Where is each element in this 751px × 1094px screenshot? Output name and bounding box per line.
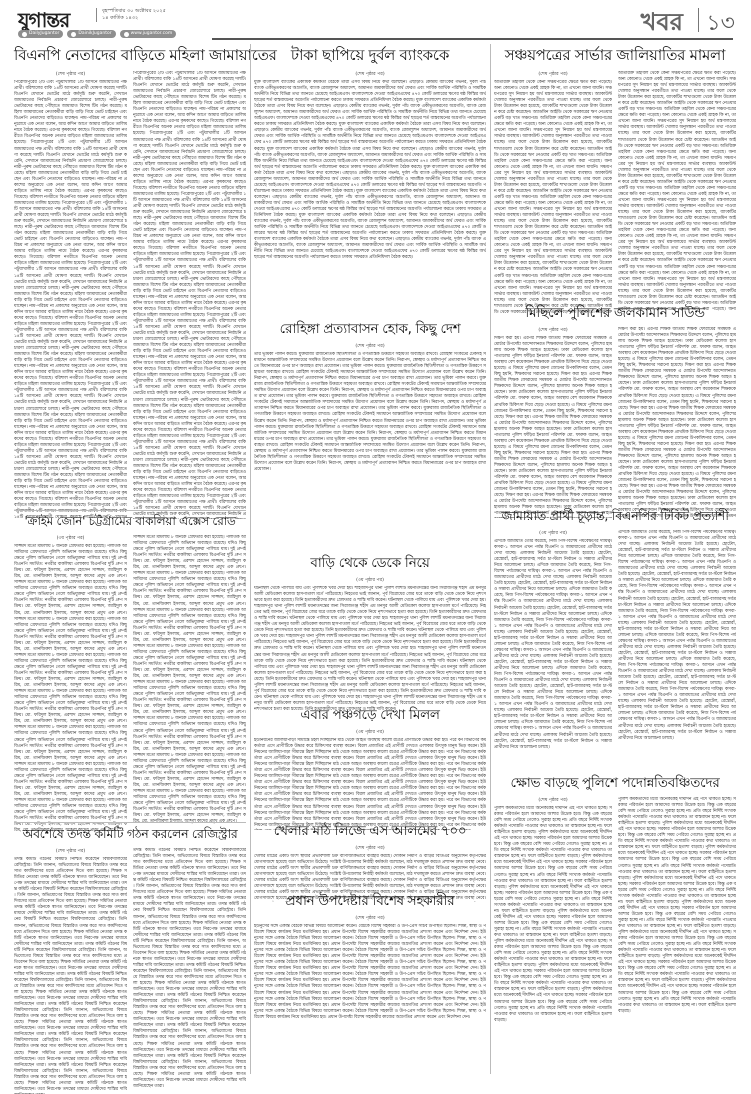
headline: এবার পঞ্চগড়ে দেখা মিলল: [254, 704, 486, 727]
headline: প্রধান উপদেষ্টার বিশেষ সহকারীর: [254, 890, 486, 913]
article-body-continued: অতিরিক্ত তহবিল থেকে কেনা সঞ্চয়পত্রের ক্…: [618, 71, 736, 313]
page-number: ১৩: [706, 6, 735, 43]
article-chief-adviser-special-assistant: প্রধান উপদেষ্টার বিশেষ সহকারীর (শেষ পৃষ্…: [254, 890, 486, 1092]
article-body-continued: সাজ্জাদ মতো মামলায় ৮ জনকে গ্রেফতার করা …: [133, 535, 246, 835]
headline: বিএনপি নেতাদের বাড়িতে মহিলা জামায়াতের: [14, 44, 246, 69]
continuation-note: (শেষ পৃষ্ঠার পর): [494, 796, 612, 804]
headline: খেলার মাঠ লিজে এস আলমের ৭০০: [254, 820, 486, 843]
article-body-continued: পুলিশ কর্মকর্তাদের মধ্যে অনেককেই দীর্ঘদি…: [618, 797, 736, 1091]
social-link-website[interactable]: www.jugantor.com: [120, 30, 177, 38]
facebook-icon: [71, 32, 76, 37]
article-registrar-committee: অবশেষে তদন্ত কমিটি গঠন করলেন রেজিস্ট্রার…: [14, 826, 246, 1094]
social-link-facebook[interactable]: DainikJugantor: [67, 30, 115, 38]
continuation-note: (শেষ পৃষ্ঠার পর): [254, 844, 486, 852]
globe-icon: [124, 32, 129, 37]
article-body-continued: দিক্ষণ করা হয়। এরপর শিক্ষক জাতীয় শিক্ষ…: [618, 327, 736, 517]
article-body: তার ভূমিকা পালন করবে। যুক্তরাজ্য রাজনৈতি…: [254, 352, 486, 560]
date-bengali: ১৪ কার্তিক ১৪৩২: [102, 15, 166, 22]
divider: [14, 510, 246, 511]
page-number-divider: [698, 8, 699, 32]
article-body-continued: তদন্ত কমিটি গঠনের বিষয়টি নিশ্চিত করেছেন…: [133, 848, 246, 1094]
headline: অবশেষে তদন্ত কমিটি গঠন করলেন রেজিস্ট্রার: [14, 826, 246, 846]
article-bank-printing: টাকা ছাপিয়ে দুর্বল ব্যাংককে (শেষ পৃষ্ঠা…: [254, 44, 486, 332]
headline: সঞ্চয়পত্রের সার্ভার জালিয়াতির মামলা: [494, 44, 736, 69]
headline: 'ক্রাইম জোন' চট্টগ্রামের বাকলিয়া এক্সেস…: [14, 513, 246, 533]
column-divider: [490, 44, 491, 1074]
section-label: খবর: [641, 4, 683, 44]
divider: [14, 822, 246, 823]
headline: মিছিলে পুলিশের জলকামান সাউন্ড: [494, 302, 736, 325]
continuation-note: (৩য় পৃষ্ঠার পর): [14, 534, 127, 542]
continuation-note: (শেষ পৃষ্ঠার পর): [254, 914, 486, 922]
social-links: DailyJugantor DainikJugantor www.juganto…: [18, 30, 176, 38]
continuation-note: (৩য় পৃষ্ঠার পর): [254, 576, 486, 584]
continuation-note: (শেষ পৃষ্ঠার পর): [254, 342, 486, 350]
masthead: যুগান্তর বৃহস্পতিবার ৩০ অক্টোবর ২০২৫ ১৪ …: [0, 0, 751, 40]
continuation-note: (৩য় পৃষ্ঠার পর): [254, 728, 486, 736]
continuation-note: (শেষ পৃষ্ঠার পর): [254, 70, 486, 78]
article-jamaat-candidate-final: জামায়াত প্রার্থী চূড়ান্ত, বিএনপির টিকি…: [494, 508, 736, 771]
article-body: অতিরিক্ত তহবিল থেকে কেনা সঞ্চয়পত্রের ক্…: [494, 80, 612, 314]
continuation-note: (৩য় পৃষ্ঠার পর): [494, 529, 612, 537]
continuation-note: (শেষ পৃষ্ঠার পর): [494, 326, 612, 334]
headline: ক্ষোভ বাড়ছে পুলিশে পদোন্নতিবঞ্চিতদের: [494, 772, 736, 795]
continuation-note: (শেষ পৃষ্ঠার পর): [494, 70, 612, 78]
article-rohingya-repatriation: রোহিঙ্গা প্রত্যাবাসন হোক, কিছু দেশ (শেষ …: [254, 318, 486, 560]
column-divider: [250, 44, 251, 1074]
article-body: দিক্ষণ করা হয়। এরপর শিক্ষক জাতীয় শিক্ষ…: [494, 336, 612, 518]
article-bnp-women-jamaat: বিএনপি নেতাদের বাড়িতে মহিলা জামায়াতের …: [14, 44, 246, 520]
headline: টাকা ছাপিয়ে দুর্বল ব্যাংককে: [254, 44, 486, 69]
article-body: ঘটনাস্থল থেকে পালিয়ে যায় এবং পুলিশকে খ…: [254, 586, 486, 710]
headline: রোহিঙ্গা প্রত্যাবাসন হোক, কিছু দেশ: [254, 318, 486, 341]
article-body: এদিকে জামায়াত তৈরি করেছে, নিজ পিস-বিশেষ…: [494, 539, 612, 771]
headline: বাড়ি থেকে ডেকে নিয়ে: [254, 552, 486, 575]
article-police-promotion-discontent: ক্ষোভ বাড়ছে পুলিশে পদোন্নতিবঞ্চিতদের (শ…: [494, 772, 736, 1092]
article-body-continued: এদিকে জামায়াত তৈরি করেছে, নিজ পিস-বিশেষ…: [618, 530, 736, 770]
article-body: যুক্ত বাংলাদেশ ব্যাংকের একাধিক কর্মকর্তা…: [254, 80, 486, 332]
article-body: ইউনুসের সঙ্গে একান্ত বৈঠকে বিভিন্ন বিষয়…: [254, 924, 486, 1092]
article-body: তদন্ত কমিটি গঠনের বিষয়টি নিশ্চিত করেছেন…: [14, 857, 127, 1094]
article-body: সাজ্জাদ মতো মামলায় ৮ জনকে গ্রেফতার করা …: [14, 544, 127, 836]
article-panchagarh: এবার পঞ্চগড়ে দেখা মিলল (৩য় পৃষ্ঠার পর)…: [254, 704, 486, 830]
headline: জামায়াত প্রার্থী চূড়ান্ত, বিএনপির টিকি…: [494, 508, 736, 528]
social-link-x[interactable]: DailyJugantor: [18, 30, 63, 38]
article-body-continued: পিরোজপুরের ২টি এবং পটুয়াখালীর ১টি আসনে …: [133, 71, 246, 519]
article-savings-certificate-fraud: সঞ্চয়পত্রের সার্ভার জালিয়াতির মামলা (শ…: [494, 44, 736, 314]
continuation-note: (শেষ পৃষ্ঠার পর): [14, 70, 127, 78]
article-taken-from-home: বাড়ি থেকে ডেকে নিয়ে (৩য় পৃষ্ঠার পর) ঘ…: [254, 552, 486, 710]
date-box: বৃহস্পতিবার ৩০ অক্টোবর ২০২৫ ১৪ কার্তিক ১…: [96, 8, 166, 22]
continuation-note: (শেষ পৃষ্ঠার পর): [14, 847, 127, 855]
x-icon: [22, 32, 27, 37]
article-body: পুলিশ কর্মকর্তাদের মধ্যে অনেককেই দীর্ঘদি…: [494, 806, 612, 1092]
article-crime-zone-ctg: 'ক্রাইম জোন' চট্টগ্রামের বাকলিয়া এক্সেস…: [14, 513, 246, 836]
article-police-water-cannon: মিছিলে পুলিশের জলকামান সাউন্ড (শেষ পৃষ্ঠ…: [494, 302, 736, 518]
article-body: পিরোজপুরের ২টি এবং পটুয়াখালীর ১টি আসনে …: [14, 80, 127, 520]
date-gregorian: বৃহস্পতিবার ৩০ অক্টোবর ২০২৫: [102, 8, 166, 15]
article-body: ইউনিয়নের জালিয়াপাড়া সীমান্তে টহল দিচ্…: [254, 738, 486, 830]
